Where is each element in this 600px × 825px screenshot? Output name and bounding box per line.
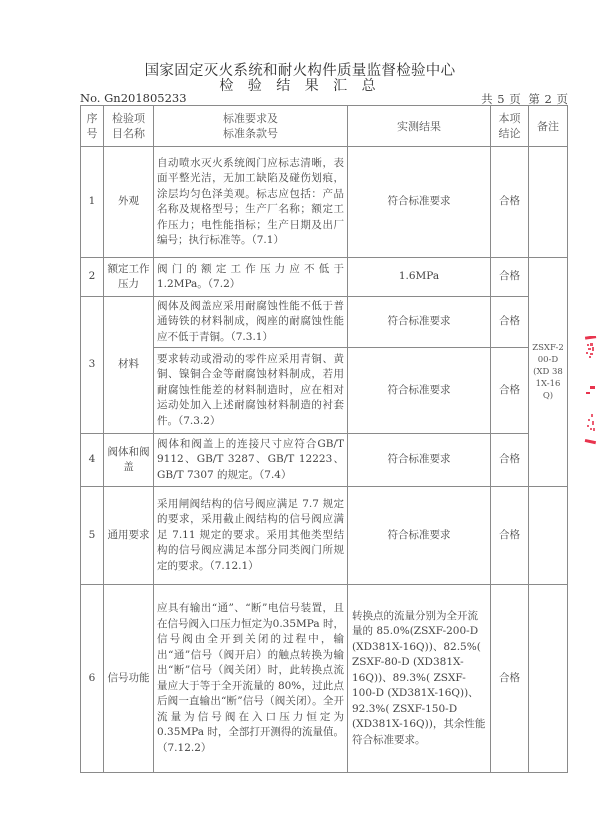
header-result: 实测结果: [348, 106, 491, 147]
item-cell: 通用要求: [104, 487, 154, 585]
table-row: 4 阀体和阀盖 阀体和阀盖上的连接尺寸应符合GB/T 9112、GB/T 328…: [81, 434, 568, 487]
report-number: No. Gn201805233: [80, 91, 187, 105]
header-conclusion: 本项结论: [491, 106, 529, 147]
note-cell: [529, 487, 568, 585]
seq-cell: 3: [81, 297, 104, 434]
result-cell: 符合标准要求: [348, 297, 491, 348]
table-row: 1 外观 自动喷水灭火系统阀门应标志清晰，表面平整光洁，无加工缺陷及碰伤划痕，涂…: [81, 147, 568, 258]
item-cell: 信号功能: [104, 585, 154, 773]
requirement-cell: 阀体及阀盖应采用耐腐蚀性能不低于普通铸铁的材料制成，阀座的耐腐蚀性能应不低于青铜…: [154, 297, 348, 348]
table-row: 要求转动或滑动的零件应采用青铜、黄铜、镍铜合金等耐腐蚀材料制成，若用耐腐蚀性能差…: [81, 348, 568, 434]
requirement-cell: 阀门的额定工作压力应不低于1.2MPa。（7.2）: [154, 258, 348, 297]
red-seal-stamp-partial: [582, 336, 600, 456]
table-row: 2 额定工作压力 阀门的额定工作压力应不低于1.2MPa。（7.2） 1.6MP…: [81, 258, 568, 297]
conclusion-cell: 合格: [491, 147, 529, 258]
seq-cell: 4: [81, 434, 104, 487]
header-item: 检验项目名称: [104, 106, 154, 147]
requirement-cell: 应具有输出“通”、“断”电信号装置，且在信号阀入口压力恒定为0.35MPa 时，…: [154, 585, 348, 773]
item-cell: 额定工作压力: [104, 258, 154, 297]
conclusion-cell: 合格: [491, 348, 529, 434]
seq-cell: 6: [81, 585, 104, 773]
total-pages: 共 5 页: [481, 92, 521, 106]
inspection-results-table: 序号 检验项目名称 标准要求及标准条款号 实测结果 本项结论 备注 1 外观 自…: [80, 105, 568, 773]
table-header-row: 序号 检验项目名称 标准要求及标准条款号 实测结果 本项结论 备注: [81, 106, 568, 147]
requirement-cell: 阀体和阀盖上的连接尺寸应符合GB/T 9112、GB/T 3287、GB/T 1…: [154, 434, 348, 487]
table-row: 5 通用要求 采用闸阀结构的信号阀应满足 7.7 规定的要求，采用截止阀结构的信…: [81, 487, 568, 585]
item-cell: 阀体和阀盖: [104, 434, 154, 487]
result-cell: 1.6MPa: [348, 258, 491, 297]
note-cell: [529, 585, 568, 773]
result-cell: 符合标准要求: [348, 147, 491, 258]
conclusion-cell: 合格: [491, 487, 529, 585]
note-cell-merged: ZSXF-200-D (XD 381X-16Q): [529, 258, 568, 487]
requirement-cell: 采用闸阀结构的信号阀应满足 7.7 规定的要求，采用截止阀结构的信号阀应满足 7…: [154, 487, 348, 585]
conclusion-cell: 合格: [491, 434, 529, 487]
conclusion-cell: 合格: [491, 585, 529, 773]
header-requirement: 标准要求及标准条款号: [154, 106, 348, 147]
result-cell: 符合标准要求: [348, 487, 491, 585]
item-cell: 外观: [104, 147, 154, 258]
seq-cell: 1: [81, 147, 104, 258]
requirement-cell: 要求转动或滑动的零件应采用青铜、黄铜、镍铜合金等耐腐蚀材料制成，若用耐腐蚀性能差…: [154, 348, 348, 434]
result-cell: 符合标准要求: [348, 348, 491, 434]
seq-cell: 2: [81, 258, 104, 297]
note-cell: [529, 147, 568, 258]
result-cell: 转换点的流量分别为全开流量的 85.0%(ZSXF-200-D (XD381X-…: [348, 585, 491, 773]
current-page: 第 2 页: [528, 92, 568, 106]
header-seq: 序号: [81, 106, 104, 147]
requirement-cell: 自动喷水灭火系统阀门应标志清晰，表面平整光洁，无加工缺陷及碰伤划痕，涂层均匀色泽…: [154, 147, 348, 258]
conclusion-cell: 合格: [491, 258, 529, 297]
table-row: 3 材料 阀体及阀盖应采用耐腐蚀性能不低于普通铸铁的材料制成，阀座的耐腐蚀性能应…: [81, 297, 568, 348]
item-cell: 材料: [104, 297, 154, 434]
table-row: 6 信号功能 应具有输出“通”、“断”电信号装置，且在信号阀入口压力恒定为0.3…: [81, 585, 568, 773]
header-note: 备注: [529, 106, 568, 147]
seq-cell: 5: [81, 487, 104, 585]
conclusion-cell: 合格: [491, 297, 529, 348]
result-cell: 符合标准要求: [348, 434, 491, 487]
